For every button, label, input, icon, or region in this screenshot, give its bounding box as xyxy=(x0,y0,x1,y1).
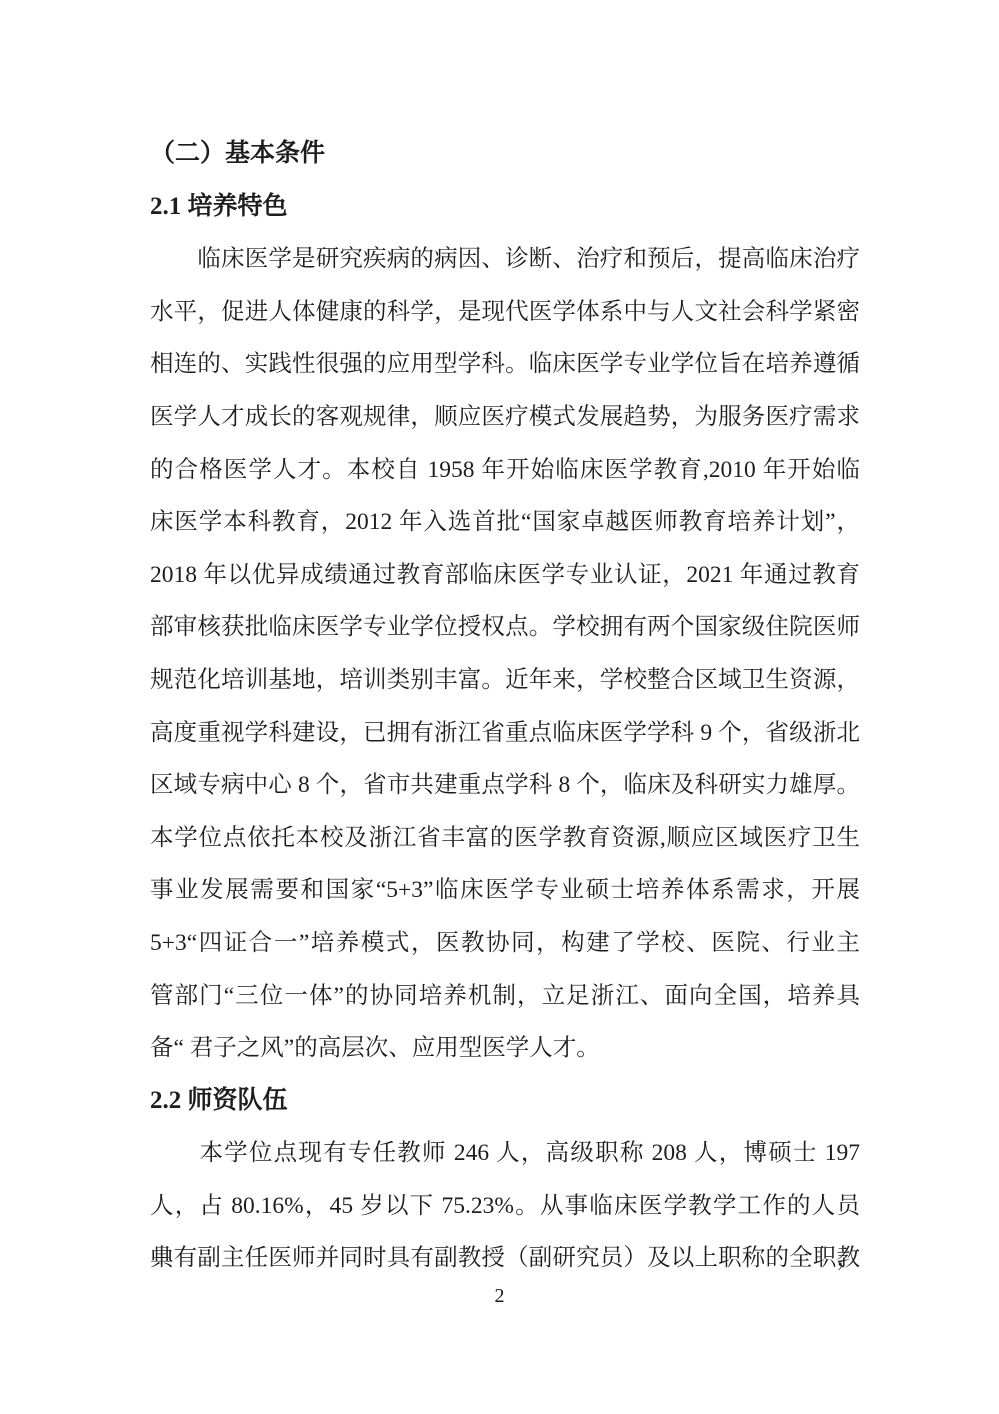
text-line: 床医学本科教育，2012 年入选首批“国家卓越医师教育培养计划”， xyxy=(150,496,860,549)
text-line: 本学位点依托本校及浙江省丰富的医学教育资源,顺应区域医疗卫生 xyxy=(150,812,860,865)
text-line: 高度重视学科建设，已拥有浙江省重点临床医学学科 9 个，省级浙北 xyxy=(150,707,860,760)
text-line: 事业发展需要和国家“5+3”临床医学专业硕士培养体系需求，开展 xyxy=(150,864,860,917)
subsection-heading-2-1-training-features: 2.1 培养特色 xyxy=(150,181,860,234)
document-content: （二）基本条件 2.1 培养特色 临床医学是研究疾病的病因、诊断、治疗和预后，提… xyxy=(150,128,860,1285)
paragraph-faculty-team: 本学位点现有专任教师 246 人，高级职称 208 人，博硕士 197人，占 8… xyxy=(150,1127,860,1285)
text-line: 5+3“四证合一”培养模式，医教协同，构建了学校、医院、行业主 xyxy=(150,917,860,970)
text-line: 具有副主任医师并同时具有副教授（副研究员）及以上职称的全职教 xyxy=(150,1232,860,1285)
text-line: 水平，促进人体健康的科学，是现代医学体系中与人文社会科学紧密 xyxy=(150,286,860,339)
text-line: 规范化培训基地，培训类别丰富。近年来，学校整合区域卫生资源， xyxy=(150,654,860,707)
text-line: 部审核获批临床医学专业学位授权点。学校拥有两个国家级住院医师 xyxy=(150,601,860,654)
subsection-heading-2-2-faculty-team: 2.2 师资队伍 xyxy=(150,1075,860,1128)
paragraph-training-features: 临床医学是研究疾病的病因、诊断、治疗和预后，提高临床治疗水平，促进人体健康的科学… xyxy=(150,233,860,1075)
text-line: 管部门“三位一体”的协同培养机制，立足浙江、面向全国，培养具 xyxy=(150,970,860,1023)
text-line: 临床医学是研究疾病的病因、诊断、治疗和预后，提高临床治疗 xyxy=(150,233,860,286)
text-line: 本学位点现有专任教师 246 人，高级职称 208 人，博硕士 197 xyxy=(150,1127,860,1180)
text-line: 的合格医学人才。本校自 1958 年开始临床医学教育,2010 年开始临 xyxy=(150,444,860,497)
text-line: 备“ 君子之风”的高层次、应用型医学人才。 xyxy=(150,1022,860,1075)
text-line: 医学人才成长的客观规律，顺应医疗模式发展趋势，为服务医疗需求 xyxy=(150,391,860,444)
document-page: （二）基本条件 2.1 培养特色 临床医学是研究疾病的病因、诊断、治疗和预后，提… xyxy=(0,0,999,1414)
section-heading-basic-conditions: （二）基本条件 xyxy=(150,128,860,181)
text-line: 2018 年以优异成绩通过教育部临床医学专业认证，2021 年通过教育 xyxy=(150,549,860,602)
text-line: 相连的、实践性很强的应用型学科。临床医学专业学位旨在培养遵循 xyxy=(150,338,860,391)
text-line: 区域专病中心 8 个，省市共建重点学科 8 个，临床及科研实力雄厚。 xyxy=(150,759,860,812)
page-number: 2 xyxy=(0,1280,999,1312)
text-line: 人，占 80.16%，45 岁以下 75.23%。从事临床医学教学工作的人员中， xyxy=(150,1180,860,1233)
